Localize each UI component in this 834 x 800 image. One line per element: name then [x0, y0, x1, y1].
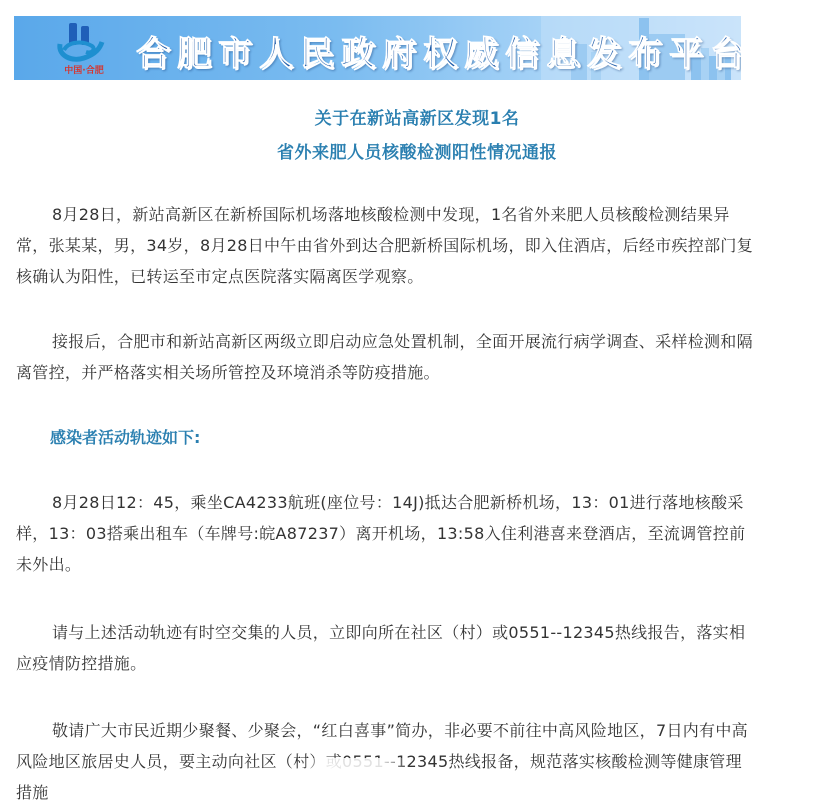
paragraph-case-discovery: 8月28日，新站高新区在新桥国际机场落地核酸检测中发现，1名省外来肥人员核酸检测… — [16, 199, 756, 292]
site-banner: 中国·合肥 合肥市人民政府权威信息发布平台 — [14, 16, 741, 80]
paragraph-report-notice: 请与上述活动轨迹有时空交集的人员，立即向所在社区（村）或0551--12345热… — [16, 617, 756, 679]
paragraph-trajectory: 8月28日12：45，乘坐CA4233航班(座位号：14J)抵达合肥新桥机场，1… — [16, 487, 756, 580]
article-headline-line1: 关于在新站高新区发现1名 — [0, 104, 834, 129]
image-smudge-overlay — [300, 758, 410, 784]
trajectory-subheading: 感染者活动轨迹如下: — [50, 425, 200, 448]
site-title: 合肥市人民政府权威信息发布平台 — [136, 26, 741, 75]
logo-caption: 中国·合肥 — [54, 63, 114, 76]
article-headline-line2: 省外来肥人员核酸检测阳性情况通报 — [0, 138, 834, 163]
paragraph-response: 接报后，合肥市和新站高新区两级立即启动应急处置机制，全面开展流行病学调查、采样检… — [16, 326, 756, 388]
